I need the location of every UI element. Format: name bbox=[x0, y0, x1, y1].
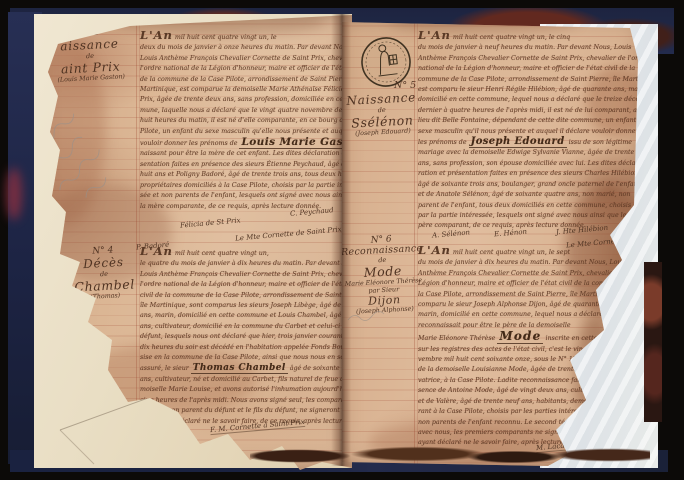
act-opening-flourish: L'An bbox=[418, 243, 451, 257]
act-line: mariage avec la demoiselle Edwige Sylvan… bbox=[418, 148, 632, 158]
act-3-text: L'An mil huit cent quatre vingt un, le d… bbox=[140, 30, 354, 212]
act-line: Prix, âgée de trente deux ans, sans prof… bbox=[140, 95, 354, 105]
signature: A. Sélénon bbox=[432, 228, 471, 239]
pencil-scribble-annotation bbox=[344, 298, 404, 338]
act-line: Louis Anthème François Chevalier Cornett… bbox=[140, 54, 354, 64]
act-line: deux du mois de janvier à onze heures du… bbox=[140, 43, 354, 53]
act-line: l'ordre national de la Légion d'honneur,… bbox=[140, 64, 354, 74]
act-line: parent de l'enfant, tous deux domiciliés… bbox=[418, 201, 632, 211]
signature: Félicia de St Prix bbox=[180, 216, 241, 229]
act-line: domicilié en cette commune, lequel nous … bbox=[418, 95, 632, 105]
act-opening-rest: mil huit cent quatre vingt un, le bbox=[175, 34, 277, 41]
act-opening-rest: mil huit cent quatre vingt un, le cinq bbox=[453, 34, 570, 41]
act-opening-flourish: L'An bbox=[140, 244, 173, 258]
name-thomas-chambel: Thomas Chambel bbox=[191, 363, 288, 374]
act-line: âgé de soixante trois ans, boulanger, gr… bbox=[418, 180, 632, 190]
act-line: ans, sans profession, son épouse domicil… bbox=[418, 159, 632, 169]
act-line: marin, domicilié en cette commune, leque… bbox=[418, 310, 632, 320]
act-line: par la partie intéressée, lesquels ont s… bbox=[418, 211, 632, 221]
act-line: national de la Légion d'honneur, maire e… bbox=[418, 64, 632, 74]
act-line: civil de la commune de la Case Pilote, a… bbox=[140, 291, 354, 301]
act-opening-rest: mil huit cent quatre vingt un, bbox=[175, 250, 269, 257]
act-5-text: L'An mil huit cent quatre vingt un, le c… bbox=[418, 30, 632, 232]
act-line: lieu dit Belle Fontaine, dépendant de ce… bbox=[418, 116, 632, 126]
cover-red-mark bbox=[6, 168, 22, 220]
act-line: Anthème François Chevalier Cornette de S… bbox=[418, 54, 632, 64]
signature: Le Mte Cornette de Saint Prix bbox=[235, 225, 342, 242]
gutter-shadow bbox=[331, 14, 351, 466]
act-line: cinq heures de l'après midi. Nous avons … bbox=[140, 396, 354, 406]
act-line: sentation faites en présence des sieurs … bbox=[140, 160, 354, 170]
cover-marble-right bbox=[644, 262, 662, 422]
act-line: le quatre du mois de janvier à dix heure… bbox=[140, 259, 354, 269]
act-line: moiselle Marie Louise, et avons autorisé… bbox=[140, 385, 354, 395]
act-line: est comparu le sieur Henri Régile Hilébi… bbox=[418, 85, 632, 95]
act-line: île Martinique, sont comparus les sieurs… bbox=[140, 301, 354, 311]
act-line: dix heures du soir est décédé en l'habit… bbox=[140, 343, 354, 353]
signature: J. Hte Hilébion bbox=[556, 224, 609, 237]
act-line: Louis Anthème François Chevalier Cornett… bbox=[140, 270, 354, 280]
act-line: dernier à quatre heures de l'après midi,… bbox=[418, 106, 632, 116]
act-line: propriétaires domiciliés à la Case Pilot… bbox=[140, 181, 354, 191]
torn-paper-debris bbox=[250, 446, 650, 466]
act-line: l'ordre national de la Légion d'honneur,… bbox=[140, 280, 354, 290]
name-line-post: issu de son légitime bbox=[567, 139, 632, 146]
act-line: commune de la Case Pilote, arrondissemen… bbox=[418, 75, 632, 85]
act-line: sée et non parents de l'enfant, lesquels… bbox=[140, 191, 354, 201]
name-line-pre: assuré, le sieur bbox=[140, 365, 191, 372]
act-line: huit ans et Poligny Badoré, âgé de trent… bbox=[140, 170, 354, 180]
act-opening-flourish: L'An bbox=[140, 28, 173, 42]
act-4-text: L'An mil huit cent quatre vingt un, le q… bbox=[140, 246, 354, 427]
signature: C. Peychaud bbox=[290, 206, 334, 218]
name-line-pre: vouloir donner les prénoms de bbox=[140, 140, 239, 147]
act-line: mune, laquelle nous a déclaré que le vin… bbox=[140, 106, 354, 116]
act-line: ration et présentation faites en présenc… bbox=[418, 169, 632, 179]
name-line-pre: Marie Eléonore Thérèse bbox=[418, 335, 497, 342]
act-line: de la commune de la Case Pilote, arrondi… bbox=[140, 75, 354, 85]
act-line: et de Anatole Sélénon, âgé de soixante q… bbox=[418, 190, 632, 200]
act-line: ans, cultivateur, domicilié en la commun… bbox=[140, 322, 354, 332]
name-mode: Mode bbox=[497, 329, 543, 344]
signature: F. M. Cornette à Saint Prix bbox=[210, 418, 305, 435]
name-line-pre: les prénoms de bbox=[418, 139, 469, 146]
act-line: ans, cultivateur, né et domicilié au Car… bbox=[140, 375, 354, 385]
name-joseph-edouard: Joseph Edouard bbox=[469, 136, 567, 148]
act-line: Anthème François Chevalier Cornette de S… bbox=[418, 269, 632, 279]
signature: E. Hénon bbox=[494, 228, 528, 239]
act-opening-flourish: L'An bbox=[418, 28, 451, 42]
act-line: huit heures du matin, il est né d'elle c… bbox=[140, 116, 354, 126]
margin-note-act5: Naissance de Ssélénon (Joseph Edouard) bbox=[339, 90, 425, 138]
act-line: défunt, lesquels nous ont déclaré que hi… bbox=[140, 332, 354, 342]
act-line: sise en la commune de la Case Pilote, ai… bbox=[140, 353, 354, 363]
act-opening-rest: mil huit cent quatre vingt un, le sept bbox=[453, 249, 570, 256]
act-line: du mois de janvier à dix heures du matin… bbox=[418, 258, 632, 268]
act-line: ans, marin, domicilié en cette commune e… bbox=[140, 311, 354, 321]
act-line: Martinique, est comparue la demoiselle M… bbox=[140, 85, 354, 95]
scanned-register-spread: N° 3 aissance de aint Prix (Louis Marie … bbox=[0, 0, 684, 480]
act-line: du mois de janvier à neuf heures du mati… bbox=[418, 43, 632, 53]
act-line: naissant pour être la mère de cet enfant… bbox=[140, 149, 354, 159]
